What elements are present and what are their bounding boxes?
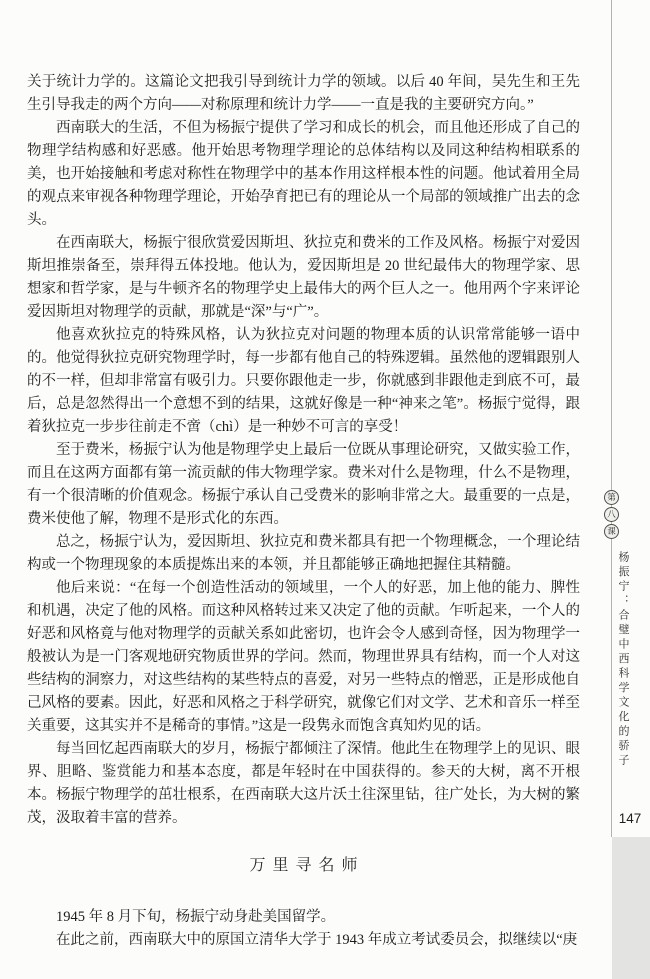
paragraph: 在此之前，西南联大中的原国立清华大学于 1943 年成立考试委员会，拟继续以“庚 <box>27 929 580 952</box>
paragraph: 总之，杨振宁认为，爱因斯坦、狄拉克和费米都具有把一个物理概念，一个理论结构或一个… <box>27 531 580 577</box>
paragraph: 每当回忆起西南联大的岁月，杨振宁都倾注了深情。他此生在物理学上的见识、眼界、胆略… <box>27 738 580 830</box>
paragraph: 他喜欢狄拉克的特殊风格，认为狄拉克对问题的物理本质的认识常常能够一语中的。他觉得… <box>27 324 580 439</box>
paragraph: 在西南联大，杨振宁很欣赏爱因斯坦、狄拉克和费米的工作及风格。杨振宁对爱因斯坦推崇… <box>27 232 580 324</box>
body-text-column: 关于统计力学的。这篇论文把我引导到统计力学的领域。以后 40 年间，吴先生和王先… <box>27 71 580 952</box>
lesson-number-badge: 第 八 课 <box>604 490 619 539</box>
lesson-badge-char: 课 <box>604 524 619 539</box>
page-number: 147 <box>610 811 650 826</box>
lesson-badge-char: 八 <box>604 507 619 522</box>
sidebar-chapter-title: 杨振宁：合璧中西科学文化的骄子 <box>615 551 631 769</box>
paragraph: 他后来说：“在每一个创造性活动的领域里，一个人的好恶，加上他的能力、脾性和机遇，… <box>27 577 580 738</box>
section-heading: 万里寻名师 <box>27 853 580 879</box>
paragraph: 西南联大的生活，不但为杨振宁提供了学习和成长的机会，而且他还形成了自己的物理学结… <box>27 117 580 232</box>
lesson-badge-char: 第 <box>604 490 619 505</box>
paragraph-continuation: 关于统计力学的。这篇论文把我引导到统计力学的领域。以后 40 年间，吴先生和王先… <box>27 71 580 117</box>
sidebar-divider-line <box>611 0 612 837</box>
paragraph: 至于费米，杨振宁认为他是物理学史上最后一位既从事理论研究，又做实验工作，而且在这… <box>27 439 580 531</box>
paragraph: 1945 年 8 月下旬，杨振宁动身赴美国留学。 <box>27 906 580 929</box>
textbook-page: 关于统计力学的。这篇论文把我引导到统计力学的领域。以后 40 年间，吴先生和王先… <box>0 0 650 979</box>
page-corner-tab <box>612 837 650 979</box>
